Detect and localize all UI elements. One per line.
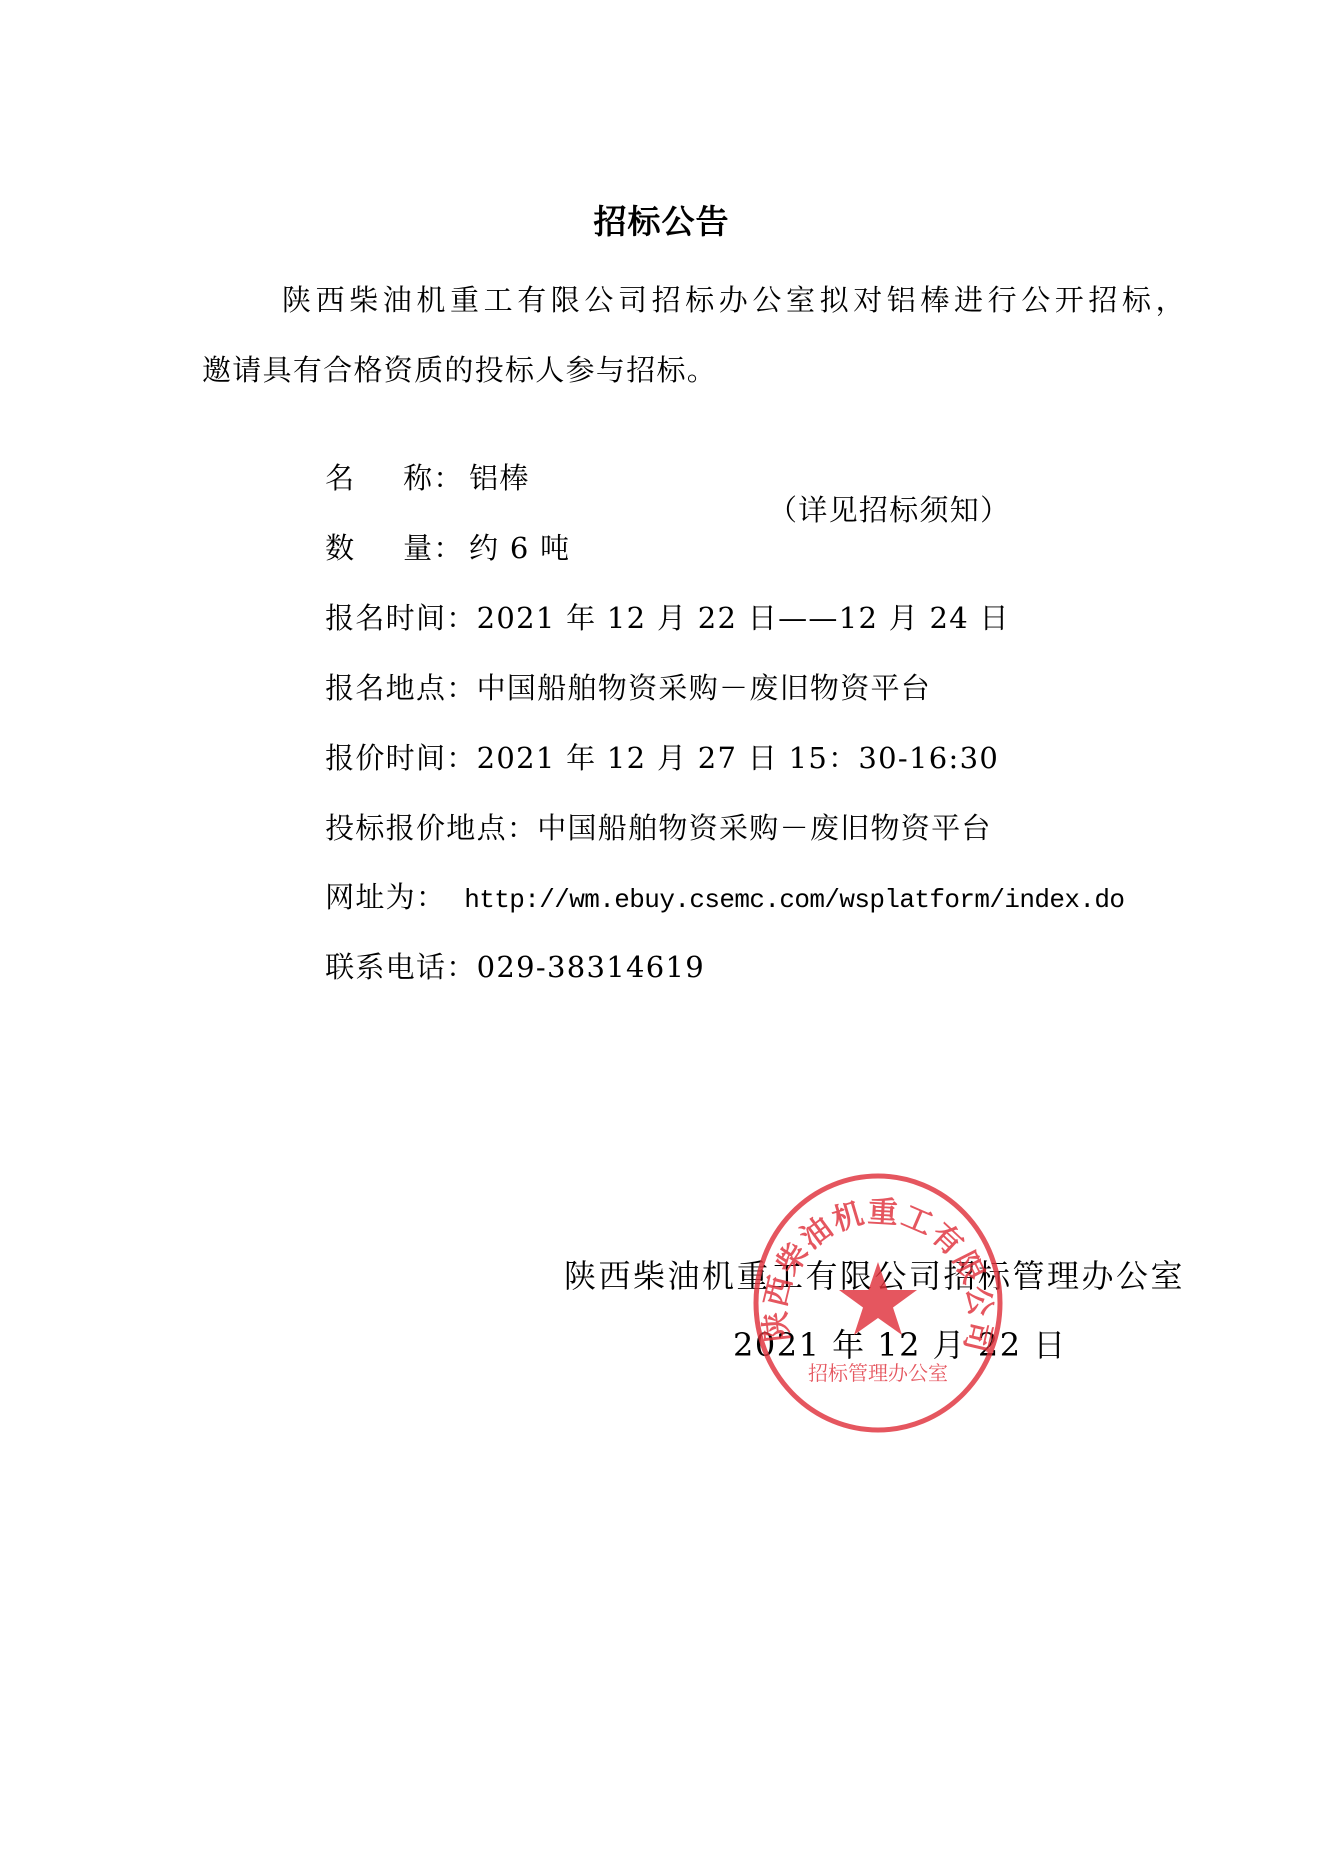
- field-phone-value: 029-38314619: [477, 947, 705, 987]
- field-quantity-note: （详见招标须知）: [768, 490, 1010, 530]
- field-phone-label: 联系电话：: [325, 947, 477, 987]
- field-phone: 联系电话：029-38314619: [283, 907, 705, 1027]
- official-seal-stamp: 陕西柴油机重工有限公司 招标管理办公室: [752, 1172, 1004, 1434]
- seal-bottom-text: 招标管理办公室: [808, 1361, 948, 1385]
- intro-line-1: 陕西柴油机重工有限公司招标办公室拟对铝棒进行公开招标，: [282, 280, 1189, 320]
- document-title: 招标公告: [0, 200, 1323, 244]
- star-icon: [839, 1262, 917, 1335]
- intro-line-2: 邀请具有合格资质的投标人参与招标。: [202, 350, 717, 390]
- document-page: 招标公告 陕西柴油机重工有限公司招标办公室拟对铝棒进行公开招标， 邀请具有合格资…: [0, 0, 1323, 1871]
